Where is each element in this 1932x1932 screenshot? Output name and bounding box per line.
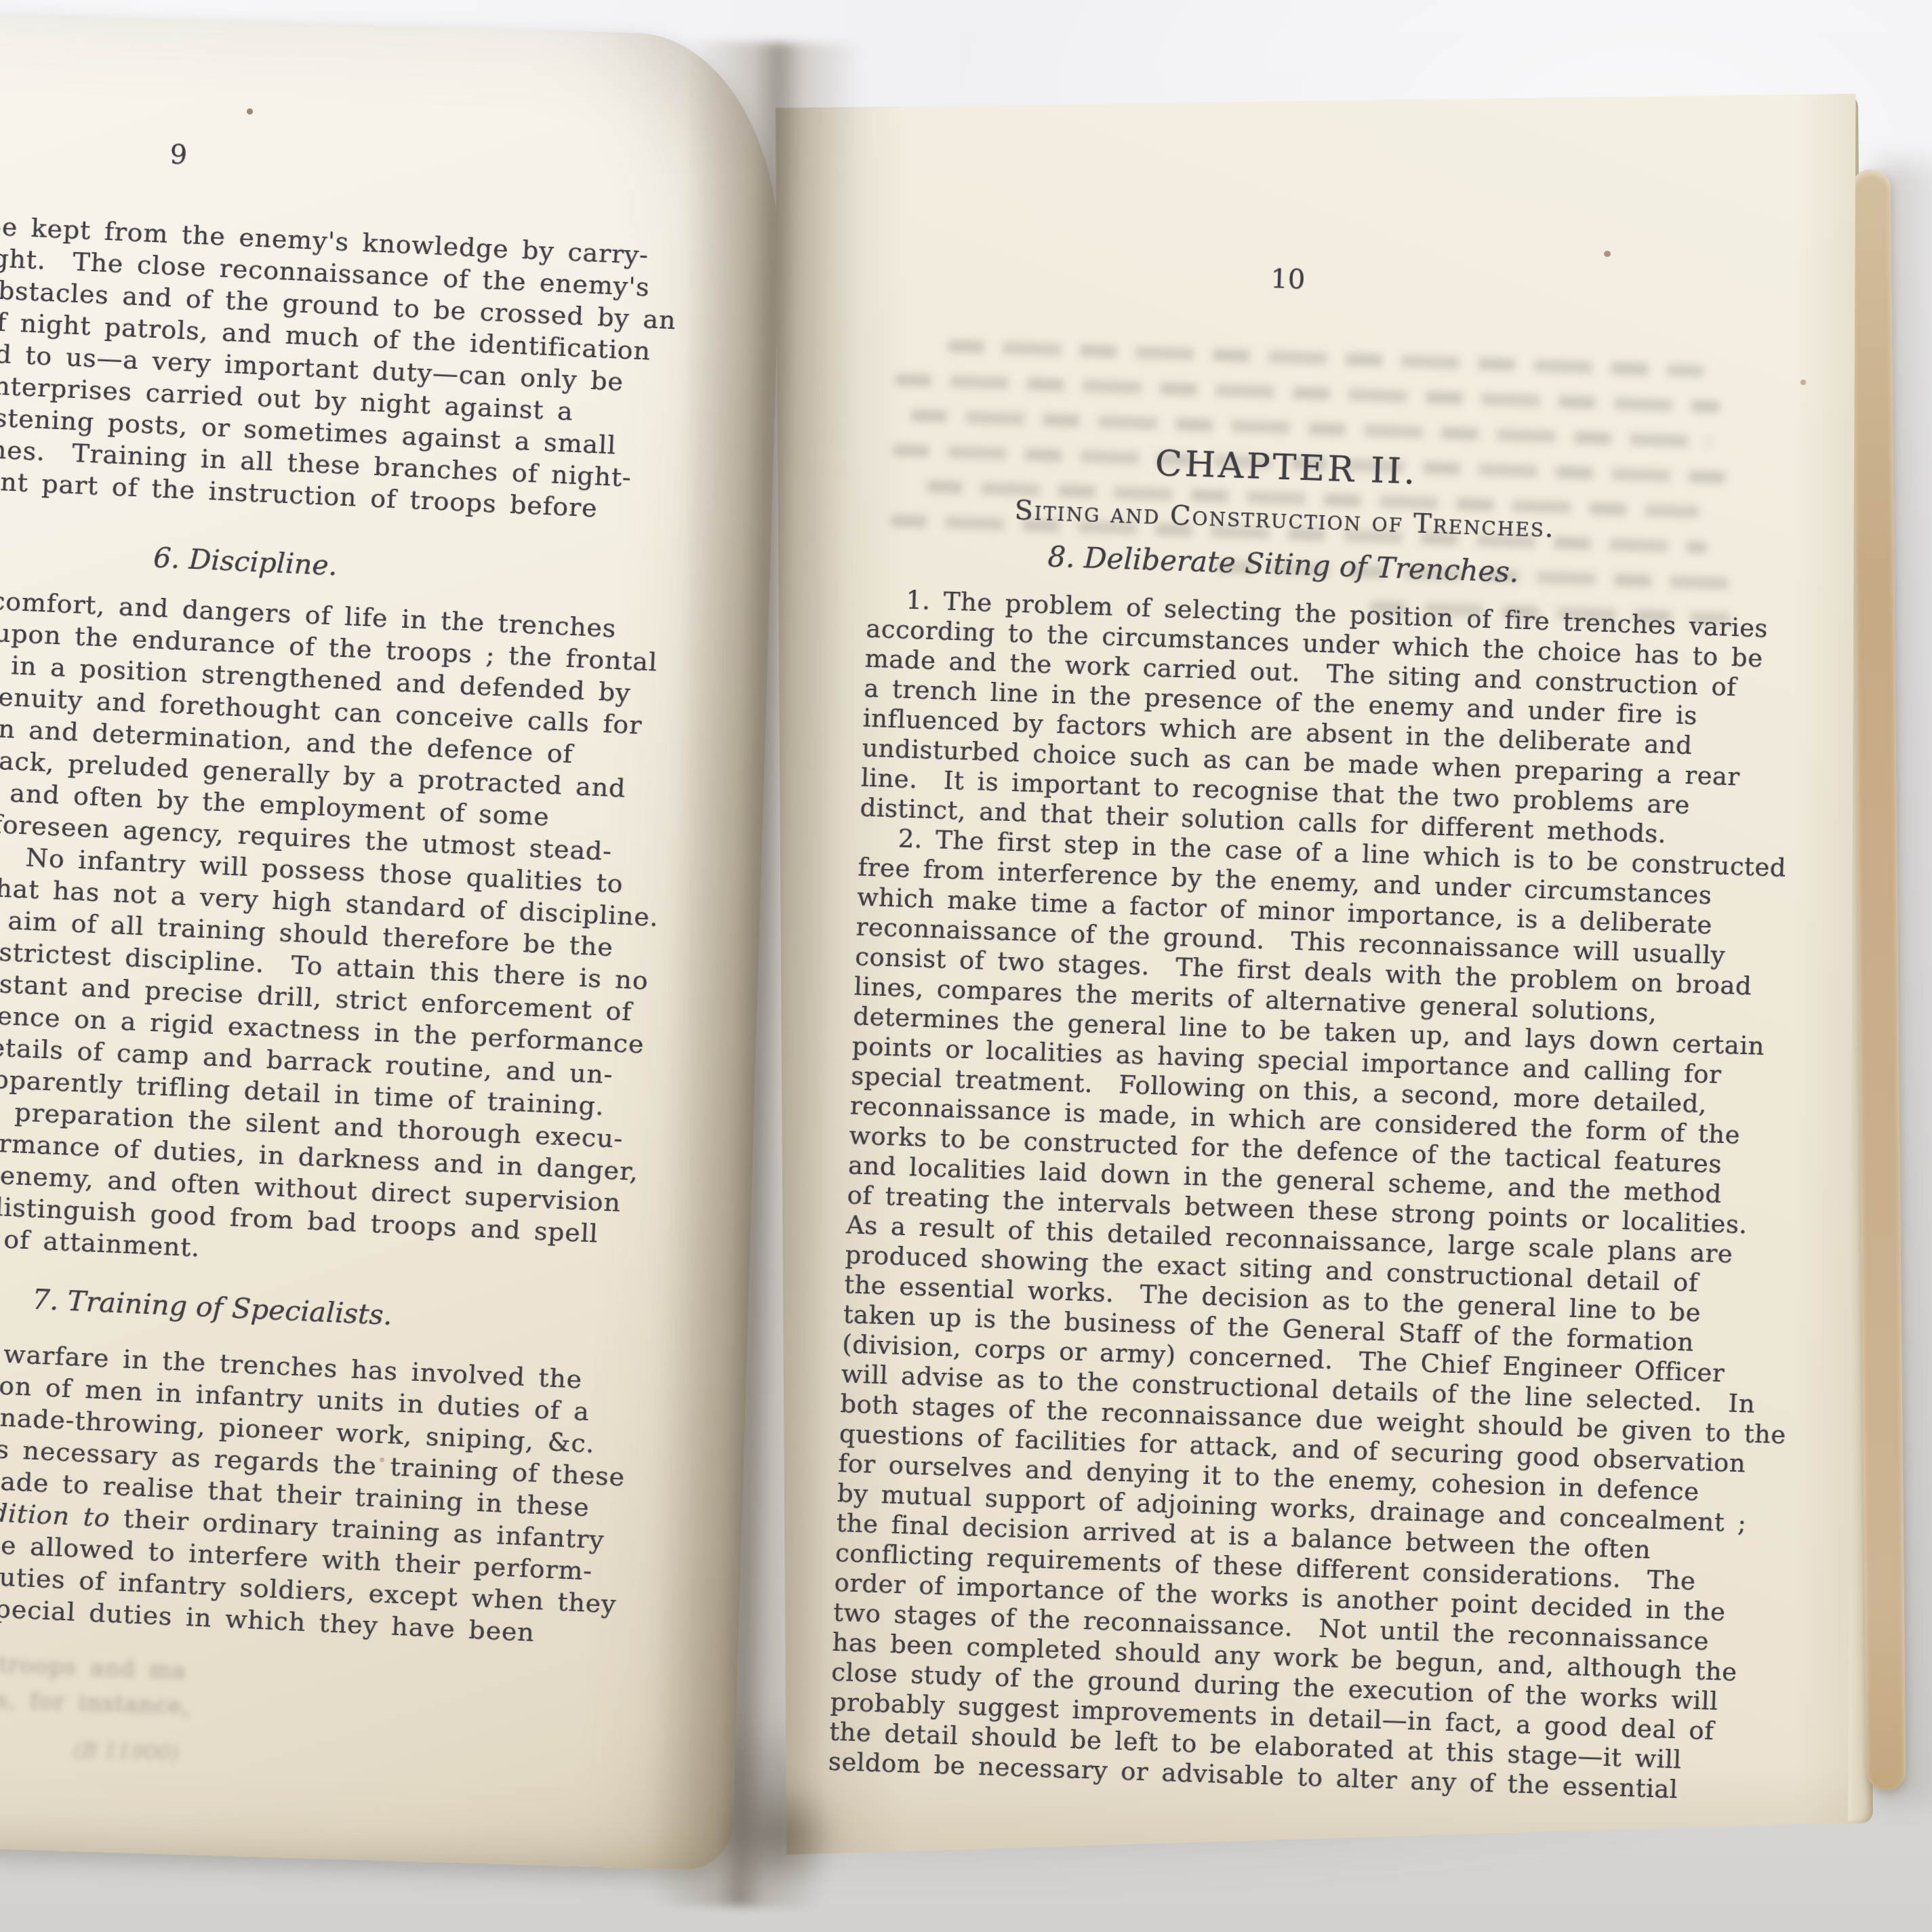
gutter-bottom-shadow <box>698 1776 861 1912</box>
paper-speck <box>1800 380 1806 385</box>
ghost-text-stripe <box>947 340 1705 377</box>
right-page-text: 10 CHAPTER II. Siting and Construction o… <box>828 249 1773 1807</box>
paper-speck <box>247 108 253 115</box>
paper-speck <box>380 1457 384 1462</box>
heading-training-of-specialists: 7. Training of Specialists. <box>0 1279 677 1344</box>
book-photo: 9 be kept from the enemy's knowledge by … <box>0 0 1932 1932</box>
left-paragraph-specialists: e of warfare in the trenches has involve… <box>0 1335 675 1654</box>
paper-speck <box>1604 251 1611 257</box>
left-showthrough-text: of troops and ma, as, for instance, (B 1… <box>0 1645 661 1781</box>
left-page-text: 9 be kept from the enemy's knowledge by … <box>0 130 729 1786</box>
right-body-text: 1. The problem of selecting the position… <box>828 584 1762 1807</box>
left-paragraph-discipline: iscomfort, and dangers of life in the tr… <box>0 584 708 1285</box>
ghost-text-stripe <box>894 374 1720 413</box>
left-paragraph-night-work: be kept from the enemy's knowledge by ca… <box>0 210 725 561</box>
ghost-lines: of troops and ma, as, for instance, <box>0 1645 661 1739</box>
